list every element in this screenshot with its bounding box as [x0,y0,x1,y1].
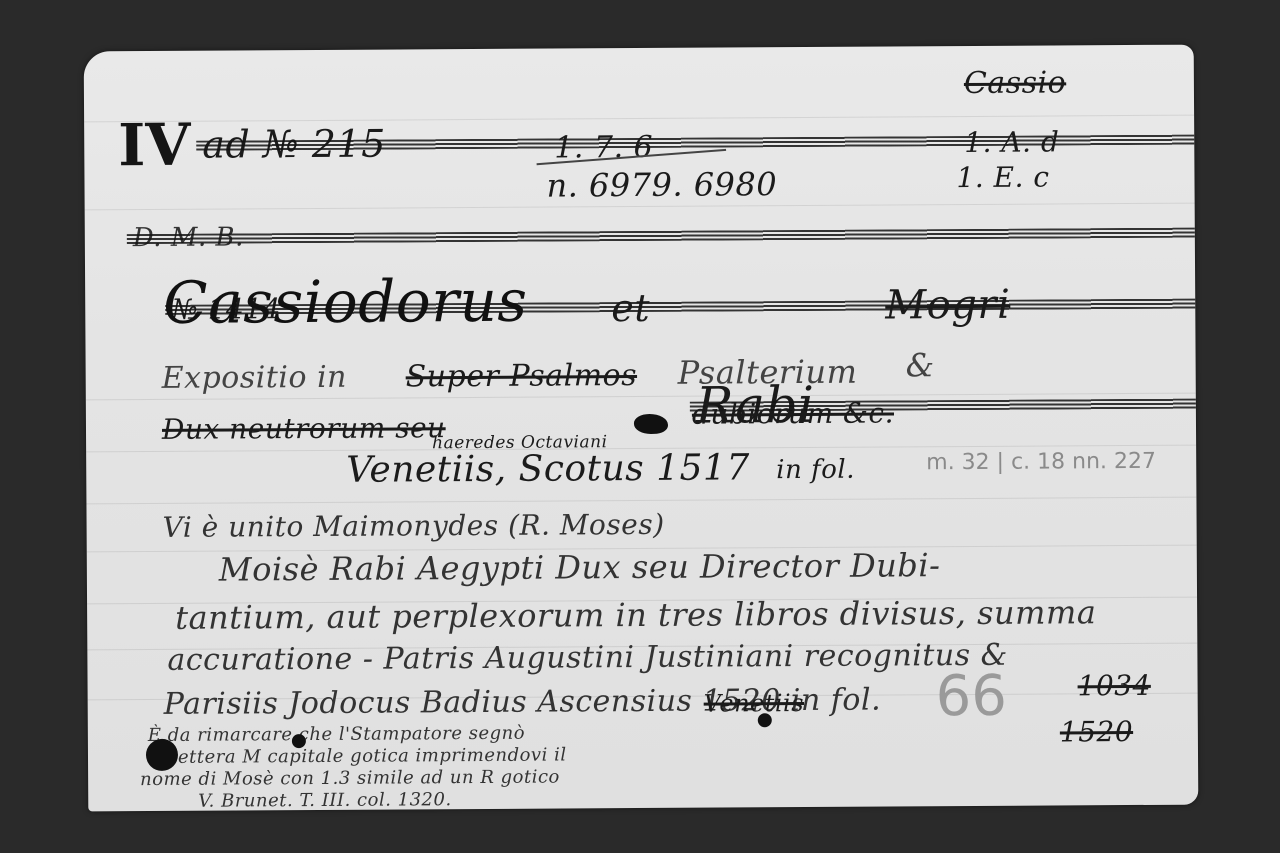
body-line-3: tantium, aut perplexorum in tres libros … [175,593,1096,637]
title-conjunction: et [611,286,650,330]
imprint: Venetiis, Scotus 1517 [346,447,750,490]
ruled-line [86,497,1196,505]
call-number-line-2: n. 6979. 6980 [546,165,777,204]
title-line-3-struck: Dux neutrorum seu [162,411,446,446]
shelfmark-struck-line-2: D. M. B. [133,216,1199,253]
footnote-line-3: nome di Mosè con 1.3 simile ad un R goti… [140,767,560,791]
pencil-number: 66 [935,664,1007,729]
title-author: Cassiodorus [163,267,528,337]
struck-year-2: 1520 [1060,715,1133,748]
title-line-2-suffix: Psalterium [678,353,858,392]
punch-hole [758,713,772,727]
top-right-line-1: 1. A. d [964,125,1059,159]
body-struck-place: Venetiis [704,689,804,718]
footnote-line-4: V. Brunet. T. III. col. 1320. [198,789,451,811]
punch-hole [292,734,306,748]
struck-year-1: 1034 [1077,669,1150,702]
title-line-3-struck-2: dubiorum &c. [692,396,894,430]
body-line-4: accuratione - Patris Augustini Justinian… [167,638,1008,678]
title-line-2-prefix: Expositio in [162,360,347,396]
ink-blot [634,414,668,434]
title-line-2-mark: & [906,346,935,384]
format-note: in fol. [776,455,855,485]
footnote-line-1: È da rimarcare che l'Stampatore segnò [148,723,525,746]
punch-hole [146,739,178,771]
footnote-line-2: la lettera M capitale gotica imprimendov… [148,744,567,768]
catalog-card: IV ad № 215 D. M. B. № 1414 1. 7. 6 n. 6… [84,45,1199,812]
shelfmark-roman: IV [118,111,191,179]
pencil-reference: m. 32 | c. 18 nn. 227 [926,449,1156,475]
top-right-struck-name: Cassio [964,65,1067,101]
title-line-2-struck: Super Psalmos [406,358,638,394]
body-line-2: Moisè Rabi Aegypti Dux seu Director Dubi… [219,546,941,588]
body-line-1: Vi è unito Maimonydes (R. Moses) [162,508,664,544]
title-struck-author-3: Mogri [885,282,1010,329]
top-right-line-2: 1. E. c [956,161,1049,195]
